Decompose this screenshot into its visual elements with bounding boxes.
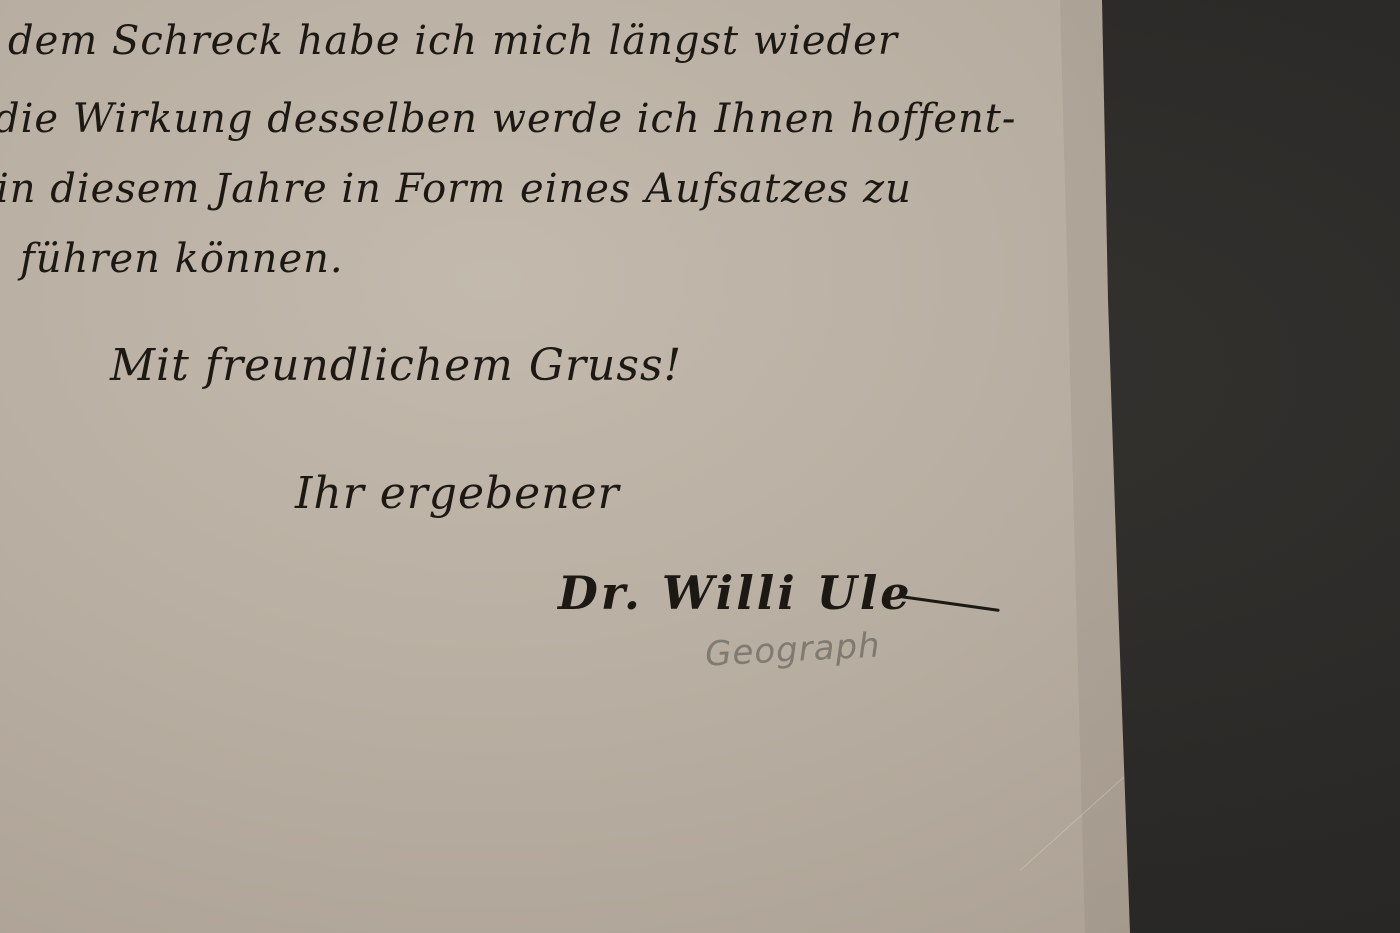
photo-scene: dem Schreck habe ich mich längst wieder … xyxy=(0,0,1400,933)
body-line-3: in diesem Jahre in Form eines Aufsatzes … xyxy=(0,166,912,212)
body-line-2: die Wirkung desselben werde ich Ihnen ho… xyxy=(0,96,1016,142)
closing-valediction: Ihr ergebener xyxy=(295,468,620,519)
background-mat xyxy=(1140,0,1400,933)
body-line-1: dem Schreck habe ich mich längst wieder xyxy=(8,18,898,64)
body-line-4: führen können. xyxy=(20,236,344,282)
closing-greeting: Mit freundlichem Gruss! xyxy=(110,340,682,391)
signature: Dr. Willi Ule xyxy=(558,566,913,620)
